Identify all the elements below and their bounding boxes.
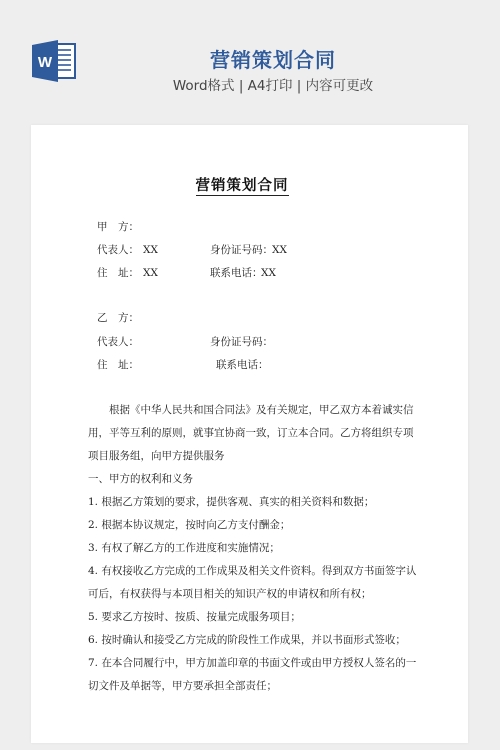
clause-item: 6. 按时确认和接受乙方完成的阶段性工作成果，并以书面形式签收； xyxy=(88,629,423,652)
section-heading: 一、甲方的权利和义务 xyxy=(88,468,423,491)
document-title: 营销策划合同 xyxy=(31,174,453,195)
clause-item: 1. 根据乙方策划的要求，提供客观、真实的相关资料和数据； xyxy=(88,491,423,514)
party-a-addr-value: XX xyxy=(143,266,158,280)
clause-item: 4. 有权接收乙方完成的工作成果及相关文件资料。得到双方书面签字认可后，有权获得… xyxy=(88,560,423,606)
party-b-label: 乙 方： xyxy=(97,311,139,325)
party-a-addr-label: 住 址： xyxy=(97,266,139,280)
header-title: 营销策划合同 xyxy=(0,44,500,73)
header: W 营销策划合同 Word格式 | A4打印 | 内容可更改 xyxy=(0,0,500,118)
document-page: 营销策划合同 甲 方： 代表人： XX 身份证号码： XX 住 址： XX 联系… xyxy=(31,125,468,743)
party-b-rep-label: 代表人： xyxy=(97,335,139,349)
party-a-id-value: XX xyxy=(272,243,287,257)
clause-item: 7. 在本合同履行中，甲方加盖印章的书面文件或由甲方授权人签名的一切文件及单据等… xyxy=(88,652,423,698)
party-b-phone-label: 联系电话： xyxy=(216,358,269,372)
header-subtitle: Word格式 | A4打印 | 内容可更改 xyxy=(0,74,500,94)
party-a-rep-value: XX xyxy=(143,243,158,257)
clause-item: 2. 根据本协议规定，按时向乙方支付酬金； xyxy=(88,514,423,537)
party-a-phone-label: 联系电话： xyxy=(210,266,263,280)
party-a-id-label: 身份证号码： xyxy=(210,243,273,257)
party-a-rep-label: 代表人： xyxy=(97,243,139,257)
party-a-label: 甲 方： xyxy=(97,220,139,234)
party-b-addr-label: 住 址： xyxy=(97,358,139,372)
clause-item: 3. 有权了解乙方的工作进度和实施情况； xyxy=(88,537,423,560)
intro-paragraph: 根据《中华人民共和国合同法》及有关规定，甲乙双方本着诚实信用，平等互利的原则，就… xyxy=(88,399,423,468)
party-b-id-label: 身份证号码： xyxy=(210,335,273,349)
contract-body: 根据《中华人民共和国合同法》及有关规定，甲乙双方本着诚实信用，平等互利的原则，就… xyxy=(88,399,423,698)
party-a-phone-value: XX xyxy=(261,266,276,280)
clause-item: 5. 要求乙方按时、按质、按量完成服务项目； xyxy=(88,606,423,629)
